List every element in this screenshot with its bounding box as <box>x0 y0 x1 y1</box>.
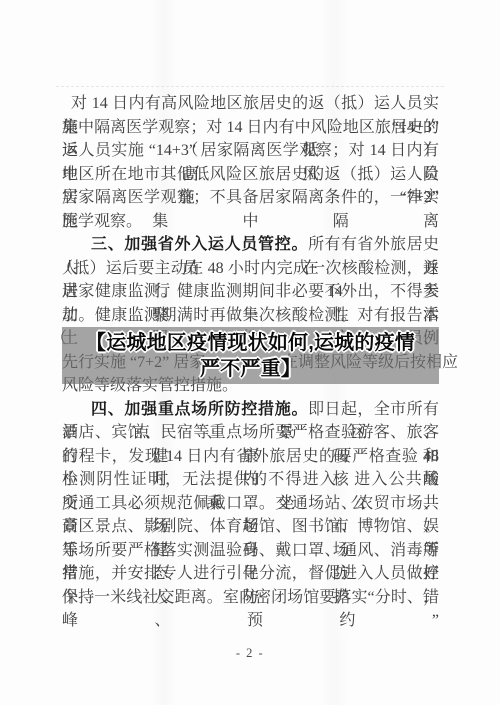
section-heading: 四、加强重点场所防控措施。 <box>91 401 308 418</box>
overlay-title-line1: 【运城地区疫情现状如何,运城的疫情 <box>62 330 439 356</box>
text-line: 景区景点、影剧院、体育场馆、图书馆、博物馆、娱乐健身场所 <box>62 515 439 539</box>
text-line: 运人员实施 “14+3” 居家隔离医学观察；对 14 日内有中高风险 <box>62 139 439 163</box>
text-line: 对 14 日内有高风险地区旅居史的返（抵）运人员实施 “14+3” <box>62 92 439 116</box>
scanned-document-page: 对 14 日内有高风险地区旅居史的返（抵）运人员实施 “14+3”集中隔离医学观… <box>0 0 500 705</box>
text-line: 动。健康监测期满时再做一次核酸检测。对有报告本土阳性病例 <box>62 304 439 328</box>
text-line: 交通工具必须规范佩戴口罩。交通场站、农贸市场、商场超市、 <box>62 492 439 516</box>
page-number: - 2 - <box>0 646 500 661</box>
text-line: 措施，并安排专人进行引导分流，督促进入人员做好个人防护， <box>62 562 439 586</box>
overlay-title: 【运城地区疫情现状如何,运城的疫情 严不严重】 <box>62 327 439 382</box>
text-line: 等场所要严格落实测温验码、戴口罩、通风、消毒等常态化防控 <box>62 539 439 563</box>
text-line: 三、加强省外入运人员管控。所有有省外旅居史人员在返 <box>62 233 439 257</box>
text-line: 居家隔离医学观察；不具备居家隔离条件的，一律实施集中隔离 <box>62 186 439 210</box>
overlay-title-area: 【运城地区疫情现状如何,运城的疫情 严不严重】 <box>62 327 439 384</box>
text-line: 地区所在地市其他低风险区旅居史的返（抵）运人员实施 “7+2” <box>62 163 439 187</box>
text-line: 保持一米线社交距离。室内密闭场馆要落实“分时、错峰、预约” <box>62 586 439 610</box>
text-line: 四、加强重点场所防控措施。即日起，全市所有景点、景区、 <box>62 398 439 422</box>
scan-artifact-line <box>56 86 444 87</box>
text-line: 行程卡，发现 14 日内有省外旅居史的要严格查验 48 小时内核酸 <box>62 445 439 469</box>
text-line: （抵）运后要主动在 48 小时内完成一次核酸检测，并进行 14 天 <box>62 257 439 281</box>
text-line: 检测阴性证明，无法提供的不得进入。进入公共场所、乘坐公共 <box>62 468 439 492</box>
overlay-title-line2: 严不严重】 <box>62 356 439 382</box>
text-line: 居家健康监测。健康监测期间非必要不外出，不得参加聚集性活 <box>62 280 439 304</box>
text-line: 酒店、宾馆、民宿等重点场所要严格查验游客、旅客的健康码和 <box>62 421 439 445</box>
text-line: 集中隔离医学观察；对 14 日内有中风险地区旅居史的返（抵） <box>62 116 439 140</box>
section-heading: 三、加强省外入运人员管控。 <box>91 236 308 253</box>
